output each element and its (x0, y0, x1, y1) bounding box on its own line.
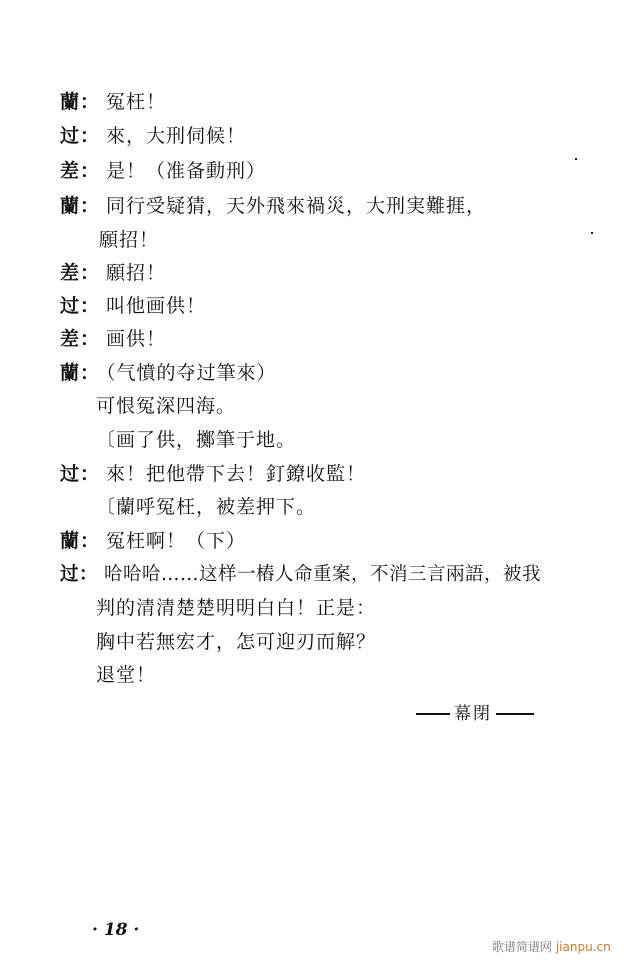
dialogue-line: 差：画供！ (60, 327, 166, 351)
dialogue-line: 过：哈哈哈……这样一樁人命重案，不消三言兩語，被我 (60, 563, 541, 587)
line-text: 退堂！ (96, 664, 156, 686)
watermark-cn: 歌谱简谱网 (492, 940, 552, 954)
dialogue-continuation: 可恨冤深四海。 (96, 394, 236, 418)
line-text: 來，大刑伺候！ (106, 125, 246, 147)
speaker: 过 (60, 463, 80, 485)
line-text: （气憤的夺过筆來） (106, 362, 277, 384)
speaker: 蘭 (60, 195, 80, 217)
page-number: · 18 · (92, 920, 139, 940)
speaker: 差 (60, 160, 80, 182)
colon: ： (80, 91, 100, 113)
print-speck (591, 232, 593, 234)
dash-left (416, 713, 450, 715)
line-text: 判的清清楚楚明明白白！正是： (96, 597, 376, 619)
stage-direction: 〔蘭呼冤枉，被差押下。 (96, 495, 316, 519)
dialogue-line: 过：來，大刑伺候！ (60, 124, 246, 148)
dialogue-continuation: 判的清清楚楚明明白白！正是： (96, 596, 376, 620)
speaker: 过 (60, 125, 80, 147)
line-text: 可恨冤深四海。 (96, 395, 236, 417)
line-text: 〔画了供，擲筆于地。 (96, 429, 296, 451)
line-text: 胸中若無宏才，怎可迎刃而解？ (96, 631, 376, 653)
curtain-text: 幕閉 (454, 703, 492, 725)
colon: ： (80, 125, 100, 147)
colon: ： (80, 530, 100, 552)
dash-right (496, 713, 534, 715)
line-text: 冤枉啊！（下） (106, 530, 246, 552)
line-text: 哈哈哈……这样一樁人命重案，不消三言兩語，被我 (104, 564, 541, 585)
curtain-close-marker: 幕閉 (416, 703, 534, 725)
line-text: 願招！ (99, 229, 159, 251)
watermark-url: jianpu.cn (556, 940, 611, 954)
dialogue-continuation: 胸中若無宏才，怎可迎刃而解？ (96, 630, 376, 654)
line-text: 冤枉！ (106, 91, 166, 113)
dialogue-line: 蘭：（气憤的夺过筆來） (60, 361, 277, 385)
line-text: 願招！ (106, 262, 166, 284)
dialogue-line: 差：願招！ (60, 261, 166, 285)
stage-direction: 〔画了供，擲筆于地。 (96, 428, 296, 452)
line-text: 是！（准备動刑） (106, 160, 266, 182)
speaker: 蘭 (60, 530, 80, 552)
colon: ： (79, 564, 98, 585)
colon: ： (80, 463, 100, 485)
dialogue-line: 蘭：冤枉！ (60, 90, 166, 114)
colon: ： (80, 328, 100, 350)
print-speck (575, 158, 577, 160)
line-text: 〔蘭呼冤枉，被差押下。 (96, 496, 316, 518)
speaker: 过 (60, 295, 80, 317)
dialogue-line: 蘭：冤枉啊！（下） (60, 529, 246, 553)
dialogue-continuation: 退堂！ (96, 663, 156, 687)
speaker: 蘭 (60, 362, 80, 384)
speaker: 过 (60, 564, 79, 585)
colon: ： (80, 362, 100, 384)
dialogue-continuation: 願招！ (99, 228, 159, 252)
colon: ： (80, 160, 100, 182)
line-text: 同行受疑猜，天外飛來禍災，大刑実難捱， (106, 195, 486, 217)
watermark: 歌谱简谱网 jianpu.cn (492, 938, 611, 955)
dialogue-line: 差：是！（准备動刑） (60, 159, 266, 183)
colon: ： (80, 295, 100, 317)
speaker: 差 (60, 328, 80, 350)
dialogue-line: 过：叫他画供！ (60, 294, 206, 318)
speaker: 差 (60, 262, 80, 284)
dialogue-line: 蘭：同行受疑猜，天外飛來禍災，大刑実難捱， (60, 194, 486, 218)
line-text: 叫他画供！ (106, 295, 206, 317)
colon: ： (80, 262, 100, 284)
speaker: 蘭 (60, 91, 80, 113)
colon: ： (80, 195, 100, 217)
line-text: 画供！ (106, 328, 166, 350)
dialogue-line: 过：來！把他帶下去！釘鐐收監！ (60, 462, 366, 486)
line-text: 來！把他帶下去！釘鐐收監！ (106, 463, 366, 485)
